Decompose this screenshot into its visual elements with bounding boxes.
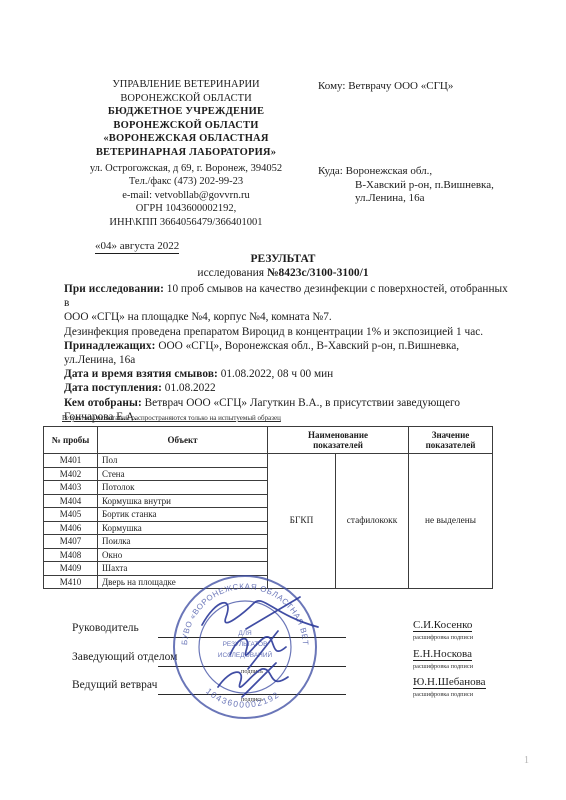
result-subtitle: исследования №8423с/3100-3100/1 bbox=[0, 266, 566, 280]
result-title: РЕЗУЛЬТАТ bbox=[0, 252, 566, 266]
body-text: При исследовании: 10 проб смывов на каче… bbox=[64, 282, 508, 424]
paragraph-investigation-2: ООО «СГЦ» на площадке №4, корпус №4, ком… bbox=[64, 310, 508, 324]
recipient-address-line: ул.Ленина, 16а bbox=[318, 192, 528, 206]
sample-id: М403 bbox=[44, 481, 98, 495]
indicator-bgkp: БГКП bbox=[268, 454, 336, 589]
org-contacts: ул. Острогожская, д 69, г. Воронеж, 3940… bbox=[55, 162, 317, 230]
org-inn-kpp: ИНН\КПП 3664056479/366401001 bbox=[55, 216, 317, 230]
sample-object: Кормушка bbox=[98, 521, 268, 535]
paragraph-lead: Дата и время взятия смывов: bbox=[64, 368, 218, 380]
sample-id: М408 bbox=[44, 548, 98, 562]
org-name-line: БЮДЖЕТНОЕ УЧРЕЖДЕНИЕ bbox=[55, 105, 317, 119]
sample-object: Поилка bbox=[98, 535, 268, 549]
recipient-to: Кому: Ветврачу ООО «СГЦ» bbox=[318, 80, 528, 92]
org-email: e-mail: vetvobllab@govvrn.ru bbox=[55, 189, 317, 203]
sample-object: Пол bbox=[98, 454, 268, 468]
header-value: Значение показателей bbox=[409, 427, 493, 454]
paragraph-belonging-2: ул.Ленина, 16а bbox=[64, 353, 508, 367]
signature-name-caption: расшифровка подписи bbox=[413, 691, 473, 698]
sample-id: М407 bbox=[44, 535, 98, 549]
org-ogrn: ОГРН 1043600002192, bbox=[55, 202, 317, 216]
sample-object: Бортик станка bbox=[98, 508, 268, 522]
samples-table: № пробы Объект Наименование показателей … bbox=[43, 426, 493, 589]
sample-id: М406 bbox=[44, 521, 98, 535]
paragraph-investigation: При исследовании: 10 проб смывов на каче… bbox=[64, 282, 508, 310]
sample-object: Стена bbox=[98, 467, 268, 481]
paragraph-belonging: Принадлежащих: ООО «СГЦ», Воронежская об… bbox=[64, 339, 508, 353]
org-name-line: УПРАВЛЕНИЕ ВЕТЕРИНАРИИ bbox=[55, 78, 317, 92]
sample-object: Окно bbox=[98, 548, 268, 562]
org-name-line: ВОРОНЕЖСКОЙ ОБЛАСТИ bbox=[55, 119, 317, 133]
paragraph-lead: Кем отобраны: bbox=[64, 397, 142, 409]
sample-id: М410 bbox=[44, 575, 98, 589]
org-name-line: «ВОРОНЕЖСКАЯ ОБЛАСТНАЯ bbox=[55, 132, 317, 146]
signature-role-director: Руководитель bbox=[72, 622, 139, 634]
paragraph-lead: Дата поступления: bbox=[64, 382, 162, 394]
page-number: 1 bbox=[524, 755, 529, 766]
sample-object: Потолок bbox=[98, 481, 268, 495]
paragraph-text: 01.08.2022, 08 ч 00 мин bbox=[218, 368, 333, 380]
sample-id: М404 bbox=[44, 494, 98, 508]
signature-ink bbox=[150, 585, 380, 710]
org-name-line: ВЕТЕРИНАРНАЯ ЛАБОРАТОРИЯ» bbox=[55, 146, 317, 160]
sample-object: Кормушка внутри bbox=[98, 494, 268, 508]
sample-id: М405 bbox=[44, 508, 98, 522]
org-name-line: ВОРОНЕЖСКОЙ ОБЛАСТИ bbox=[55, 92, 317, 106]
paragraph-text: ООО «СГЦ», Воронежская обл., В-Хавский р… bbox=[156, 340, 460, 352]
signature-name-department-head: Е.Н.Носкова bbox=[413, 648, 472, 661]
paragraph-lead: Принадлежащих: bbox=[64, 340, 156, 352]
paragraph-sampling-datetime: Дата и время взятия смывов: 01.08.2022, … bbox=[64, 367, 508, 381]
result-number: №8423с/3100-3100/1 bbox=[267, 267, 369, 279]
paragraph-sampled-by: Кем отобраны: Ветврач ООО «СГЦ» Лагуткин… bbox=[64, 396, 508, 410]
table-row: М401 Пол БГКП стафилококк не выделены bbox=[44, 454, 493, 468]
paragraph-lead: При исследовании: bbox=[64, 283, 164, 295]
header-sample-number: № пробы bbox=[44, 427, 98, 454]
recipient-address: Куда: Воронежская обл., В-Хавский р-он, … bbox=[318, 165, 528, 206]
paragraph-text: Ветврач ООО «СГЦ» Лагуткин В.А., в прису… bbox=[142, 397, 460, 409]
header-object: Объект bbox=[98, 427, 268, 454]
results-note: Результаты испытаний распространяются то… bbox=[62, 414, 281, 422]
document-page: УПРАВЛЕНИЕ ВЕТЕРИНАРИИ ВОРОНЕЖСКОЙ ОБЛАС… bbox=[0, 0, 566, 800]
signature-name-lead-vet: Ю.Н.Шебанова bbox=[413, 676, 486, 689]
indicator-staphylococcus: стафилококк bbox=[336, 454, 409, 589]
org-phone: Тел./факс (473) 202-99-23 bbox=[55, 175, 317, 189]
signature-role-lead-vet: Ведущий ветврач bbox=[72, 679, 157, 691]
result-value: не выделены bbox=[409, 454, 493, 589]
org-address: ул. Острогожская, д 69, г. Воронеж, 3940… bbox=[55, 162, 317, 176]
signature-name-caption: расшифровка подписи bbox=[413, 663, 473, 670]
recipient-address-line: В-Хавский р-он, п.Вишневка, bbox=[318, 179, 528, 193]
organization-block: УПРАВЛЕНИЕ ВЕТЕРИНАРИИ ВОРОНЕЖСКОЙ ОБЛАС… bbox=[55, 78, 317, 230]
paragraph-receipt-date: Дата поступления: 01.08.2022 bbox=[64, 381, 508, 395]
header-indicators: Наименование показателей bbox=[268, 427, 409, 454]
sample-id: М401 bbox=[44, 454, 98, 468]
sample-id: М402 bbox=[44, 467, 98, 481]
paragraph-text: 01.08.2022 bbox=[162, 382, 216, 394]
recipient-address-line: Куда: Воронежская обл., bbox=[318, 165, 528, 179]
sample-id: М409 bbox=[44, 562, 98, 576]
paragraph-disinfection: Дезинфекция проведена препаратом Вироцид… bbox=[64, 325, 508, 339]
subtitle-text: исследования bbox=[197, 267, 267, 279]
table-header-row: № пробы Объект Наименование показателей … bbox=[44, 427, 493, 454]
signature-name-caption: расшифровка подписи bbox=[413, 634, 473, 641]
signature-name-director: С.И.Косенко bbox=[413, 619, 472, 632]
